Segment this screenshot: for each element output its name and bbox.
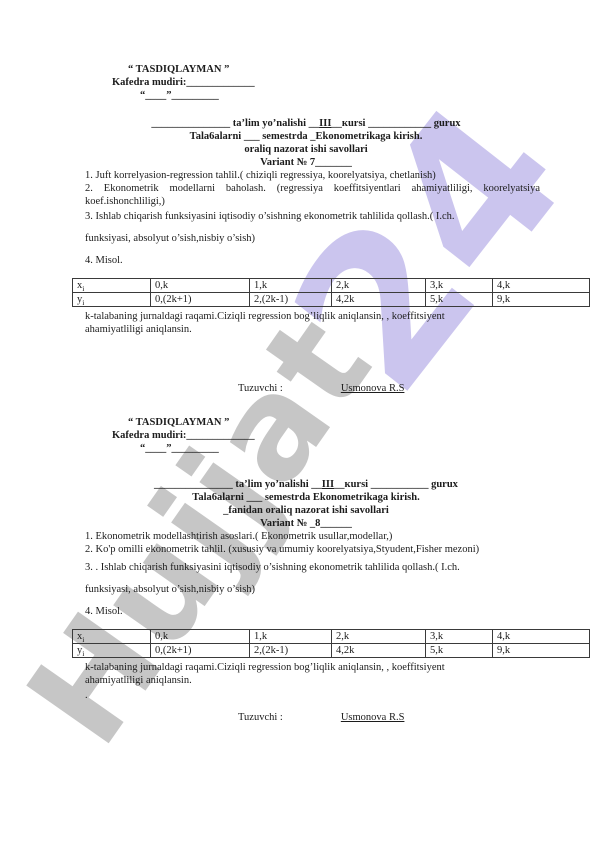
talim-post: __кursi ___________ gurux xyxy=(334,479,458,490)
signature-row: Tuzuvchi : Usmonova R.S xyxy=(72,382,540,395)
table-row-x: xi 0,k 1,k 2,k 3,k 4,k xyxy=(73,279,590,293)
table-cell: 0,k xyxy=(151,630,250,644)
title-block: _______________ ta’lim yo’nalishi __III_… xyxy=(72,478,540,530)
table-cell: 0,(2k+1) xyxy=(151,293,250,307)
date-field: “____”_________ xyxy=(140,442,540,455)
question-4: 4. Misol. xyxy=(85,254,540,267)
tuzuvchi-label: Tuzuvchi : xyxy=(238,711,283,724)
stray-period: . xyxy=(85,689,540,702)
tuzuvchi-name: Usmonova R.S xyxy=(341,382,405,395)
tuzuvchi-label: Tuzuvchi : xyxy=(238,382,283,395)
questions-list: 1. Ekonometrik modellashtirish asoslari.… xyxy=(85,530,540,618)
row-label-y: yi xyxy=(73,293,151,307)
variant-number-line: Variant № 7_______ xyxy=(72,156,540,169)
table-cell: 2,k xyxy=(332,630,426,644)
nazorat-savollari-line: _fanidan oraliq nazorat ishi savollari xyxy=(72,504,540,517)
table-row-x: xi 0,k 1,k 2,k 3,k 4,k xyxy=(73,630,590,644)
title-block: _______________ ta’lim yo’nalishi __III_… xyxy=(72,117,540,169)
table-cell: 5,k xyxy=(426,644,493,658)
table-row-y: yi 0,(2k+1) 2,(2k-1) 4,2k 5,k 9,k xyxy=(73,293,590,307)
document-page: Hujjat 24 “ TASDIQLAYMAN ” Kafedra mudir… xyxy=(0,0,596,842)
task-note: k-talabaning jurnaldagi raqami.Ciziqli r… xyxy=(85,661,540,687)
task-note-line1: k-talabaning jurnaldagi raqami.Ciziqli r… xyxy=(85,661,540,674)
tuzuvchi-name: Usmonova R.S xyxy=(341,711,405,724)
table-cell: 4,k xyxy=(493,279,590,293)
row-label-x: xi xyxy=(73,279,151,293)
talim-pre: _______________ ta’lim yo’nalishi __ xyxy=(154,479,322,490)
table-cell: 3,k xyxy=(426,279,493,293)
xi-yi-data-table: xi 0,k 1,k 2,k 3,k 4,k yi 0,(2k+1) 2,(2k… xyxy=(72,278,590,307)
task-note: k-talabaning jurnaldagi raqami.Ciziqli r… xyxy=(85,310,540,336)
task-note-line2: ahamiyatliligi aniqlansin. xyxy=(85,674,540,687)
kurs-number: III xyxy=(322,479,334,490)
table-cell: 0,(2k+1) xyxy=(151,644,250,658)
task-note-line1: k-talabaning jurnaldagi raqami.Ciziqli r… xyxy=(85,310,540,323)
nazorat-savollari-line: oraliq nazorat ishi savollari xyxy=(72,143,540,156)
kafedra-mudiri-field: Kafedra mudiri:_____________ xyxy=(112,76,540,89)
kurs-number: III xyxy=(319,118,331,129)
tasdiqlayman-heading: “ TASDIQLAYMAN ” xyxy=(128,416,540,429)
question-4: 4. Misol. xyxy=(85,605,540,618)
question-3: 3. Ishlab chiqarish funksiyasini iqtisod… xyxy=(85,210,540,223)
date-field: “____”_________ xyxy=(140,89,540,102)
task-note-line2: ahamiyatliligi aniqlansin. xyxy=(85,323,540,336)
table-cell: 9,k xyxy=(493,644,590,658)
talim-pre: _______________ ta’lim yo’nalishi __ xyxy=(151,118,319,129)
xi-yi-data-table: xi 0,k 1,k 2,k 3,k 4,k yi 0,(2k+1) 2,(2k… xyxy=(72,629,590,658)
signature-row: Tuzuvchi : Usmonova R.S xyxy=(72,711,540,724)
table-cell: 1,k xyxy=(250,630,332,644)
talim-yonalishi-line: _______________ ta’lim yo’nalishi __III_… xyxy=(72,117,540,130)
table-cell: 1,k xyxy=(250,279,332,293)
table-row-y: yi 0,(2k+1) 2,(2k-1) 4,2k 5,k 9,k xyxy=(73,644,590,658)
row-label-x: xi xyxy=(73,630,151,644)
table-cell: 5,k xyxy=(426,293,493,307)
tasdiqlayman-heading: “ TASDIQLAYMAN ” xyxy=(128,63,540,76)
question-3-continuation: funksiyasi, absolyut o’sish,nisbiy o’sis… xyxy=(85,583,540,596)
question-1: 1. Juft korrelyasion-regression tahlil.(… xyxy=(85,169,540,182)
table-cell: 4,2k xyxy=(332,293,426,307)
question-1: 1. Ekonometrik modellashtirish asoslari.… xyxy=(85,530,540,543)
table-cell: 3,k xyxy=(426,630,493,644)
variant-number-line: Variant № _8______ xyxy=(72,517,540,530)
questions-list: 1. Juft korrelyasion-regression tahlil.(… xyxy=(85,169,540,267)
kafedra-mudiri-field: Kafedra mudiri:_____________ xyxy=(112,429,540,442)
variant-7-section: “ TASDIQLAYMAN ” Kafedra mudiri:________… xyxy=(72,63,540,395)
table-cell: 2,k xyxy=(332,279,426,293)
table-cell: 2,(2k-1) xyxy=(250,293,332,307)
table-cell: 4,2k xyxy=(332,644,426,658)
table-cell: 2,(2k-1) xyxy=(250,644,332,658)
talim-post: __кursi ____________ gurux xyxy=(331,118,460,129)
row-label-y: yi xyxy=(73,644,151,658)
table-cell: 9,k xyxy=(493,293,590,307)
talim-yonalishi-line: _______________ ta’lim yo’nalishi __III_… xyxy=(72,478,540,491)
variant-8-section: “ TASDIQLAYMAN ” Kafedra mudiri:________… xyxy=(72,416,540,724)
table-cell: 4,k xyxy=(493,630,590,644)
question-2: 2. Ekonometrik modellarni baholash. (reg… xyxy=(85,182,540,208)
question-3: 3. . Ishlab chiqarish funksiyasini iqtis… xyxy=(85,561,540,574)
table-cell: 0,k xyxy=(151,279,250,293)
question-2: 2. Ko'p omilli ekonometrik tahlil. (xusu… xyxy=(85,543,540,556)
talabalarni-line: Tala6alarni ___ semestrda _Ekonometrikag… xyxy=(72,130,540,143)
question-3-continuation: funksiyasi, absolyut o’sish,nisbiy o’sis… xyxy=(85,232,540,245)
talabalarni-line: Tala6alarni ___ semestrda Ekonometrikaga… xyxy=(72,491,540,504)
